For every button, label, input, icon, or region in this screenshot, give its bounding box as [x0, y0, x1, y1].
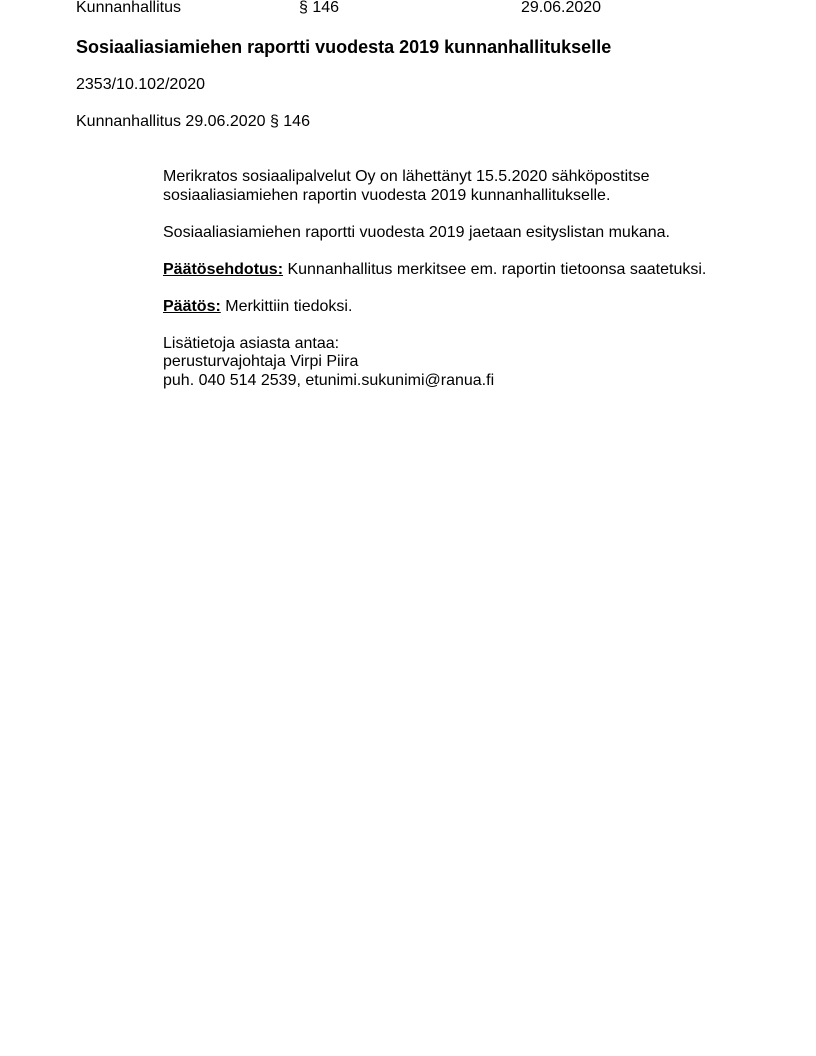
document-body: Merikratos sosiaalipalvelut Oy on lähett… — [163, 168, 763, 409]
contact-paragraph: Lisätietoja asiasta antaa: perusturvajoh… — [163, 335, 763, 391]
contact-line: Lisätietoja asiasta antaa: — [163, 335, 763, 354]
intro-line: Merikratos sosiaalipalvelut Oy on lähett… — [163, 168, 763, 187]
decision-text: Merkittiin tiedoksi. — [221, 298, 353, 315]
diary-number: 2353/10.102/2020 — [76, 75, 205, 95]
decision-paragraph: Päätös: Merkittiin tiedoksi. — [163, 298, 763, 317]
document-title: Sosiaaliasiamiehen raportti vuodesta 201… — [76, 36, 611, 58]
contact-line: perusturvajohtaja Virpi Piira — [163, 353, 763, 372]
distribution-note: Sosiaaliasiamiehen raportti vuodesta 201… — [163, 224, 763, 243]
intro-paragraph: Merikratos sosiaalipalvelut Oy on lähett… — [163, 168, 763, 205]
header-date: 29.06.2020 — [521, 0, 601, 19]
proposal-label: Päätösehdotus: — [163, 261, 283, 278]
header-body-name: Kunnanhallitus — [76, 0, 181, 19]
meeting-reference: Kunnanhallitus 29.06.2020 § 146 — [76, 112, 310, 132]
proposal-paragraph: Päätösehdotus: Kunnanhallitus merkitsee … — [163, 261, 763, 280]
decision-label: Päätös: — [163, 298, 221, 315]
document-header: Kunnanhallitus § 146 29.06.2020 — [0, 0, 816, 19]
header-paragraph-number: § 146 — [299, 0, 339, 19]
contact-line: puh. 040 514 2539, etunimi.sukunimi@ranu… — [163, 372, 763, 391]
intro-line: sosiaaliasiamiehen raportin vuodesta 201… — [163, 187, 763, 206]
proposal-text: Kunnanhallitus merkitsee em. raportin ti… — [283, 261, 706, 278]
